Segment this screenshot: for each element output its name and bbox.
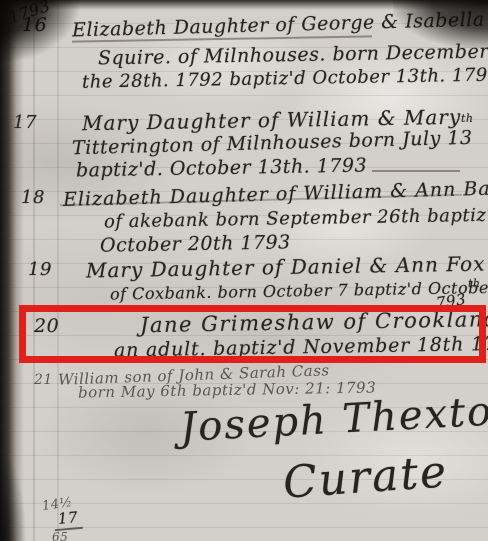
scan-edge-top	[0, 0, 488, 10]
curate-title: Curate	[281, 446, 449, 508]
ink-stroke	[372, 170, 460, 172]
scan-edge-left	[0, 0, 24, 541]
entry-19-number: 19	[28, 259, 52, 280]
register-page-scan: 1793 16 Elizabeth Daughter of George & I…	[0, 0, 488, 541]
entry-19-line-2: of Coxbank. born October 7 baptiz'd Octo…	[110, 277, 488, 303]
entry-18-line-2: of akebank born September 26th baptiz'd	[104, 205, 488, 233]
scan-corner-bottom-left	[0, 451, 26, 541]
entry-18-number: 18	[21, 187, 45, 208]
entry-16-number: 16	[22, 14, 47, 36]
pencil-tally-bottom: 65	[52, 530, 68, 541]
entry-17-superscript: th	[461, 112, 474, 125]
entry-19-line-1: Mary Daughter of Daniel & Ann Fox	[86, 252, 486, 283]
entry-21-number: 21	[34, 372, 53, 388]
entry-17-line-3: baptiz'd. October 13th. 1793	[76, 154, 367, 181]
entry-18-line-3: October 20th 1793	[100, 231, 291, 256]
highlight-box-entry-20	[19, 305, 486, 363]
entry-17-number: 17	[13, 112, 37, 133]
margin-line	[57, 0, 59, 541]
pencil-tally-middle: 17	[53, 508, 83, 531]
